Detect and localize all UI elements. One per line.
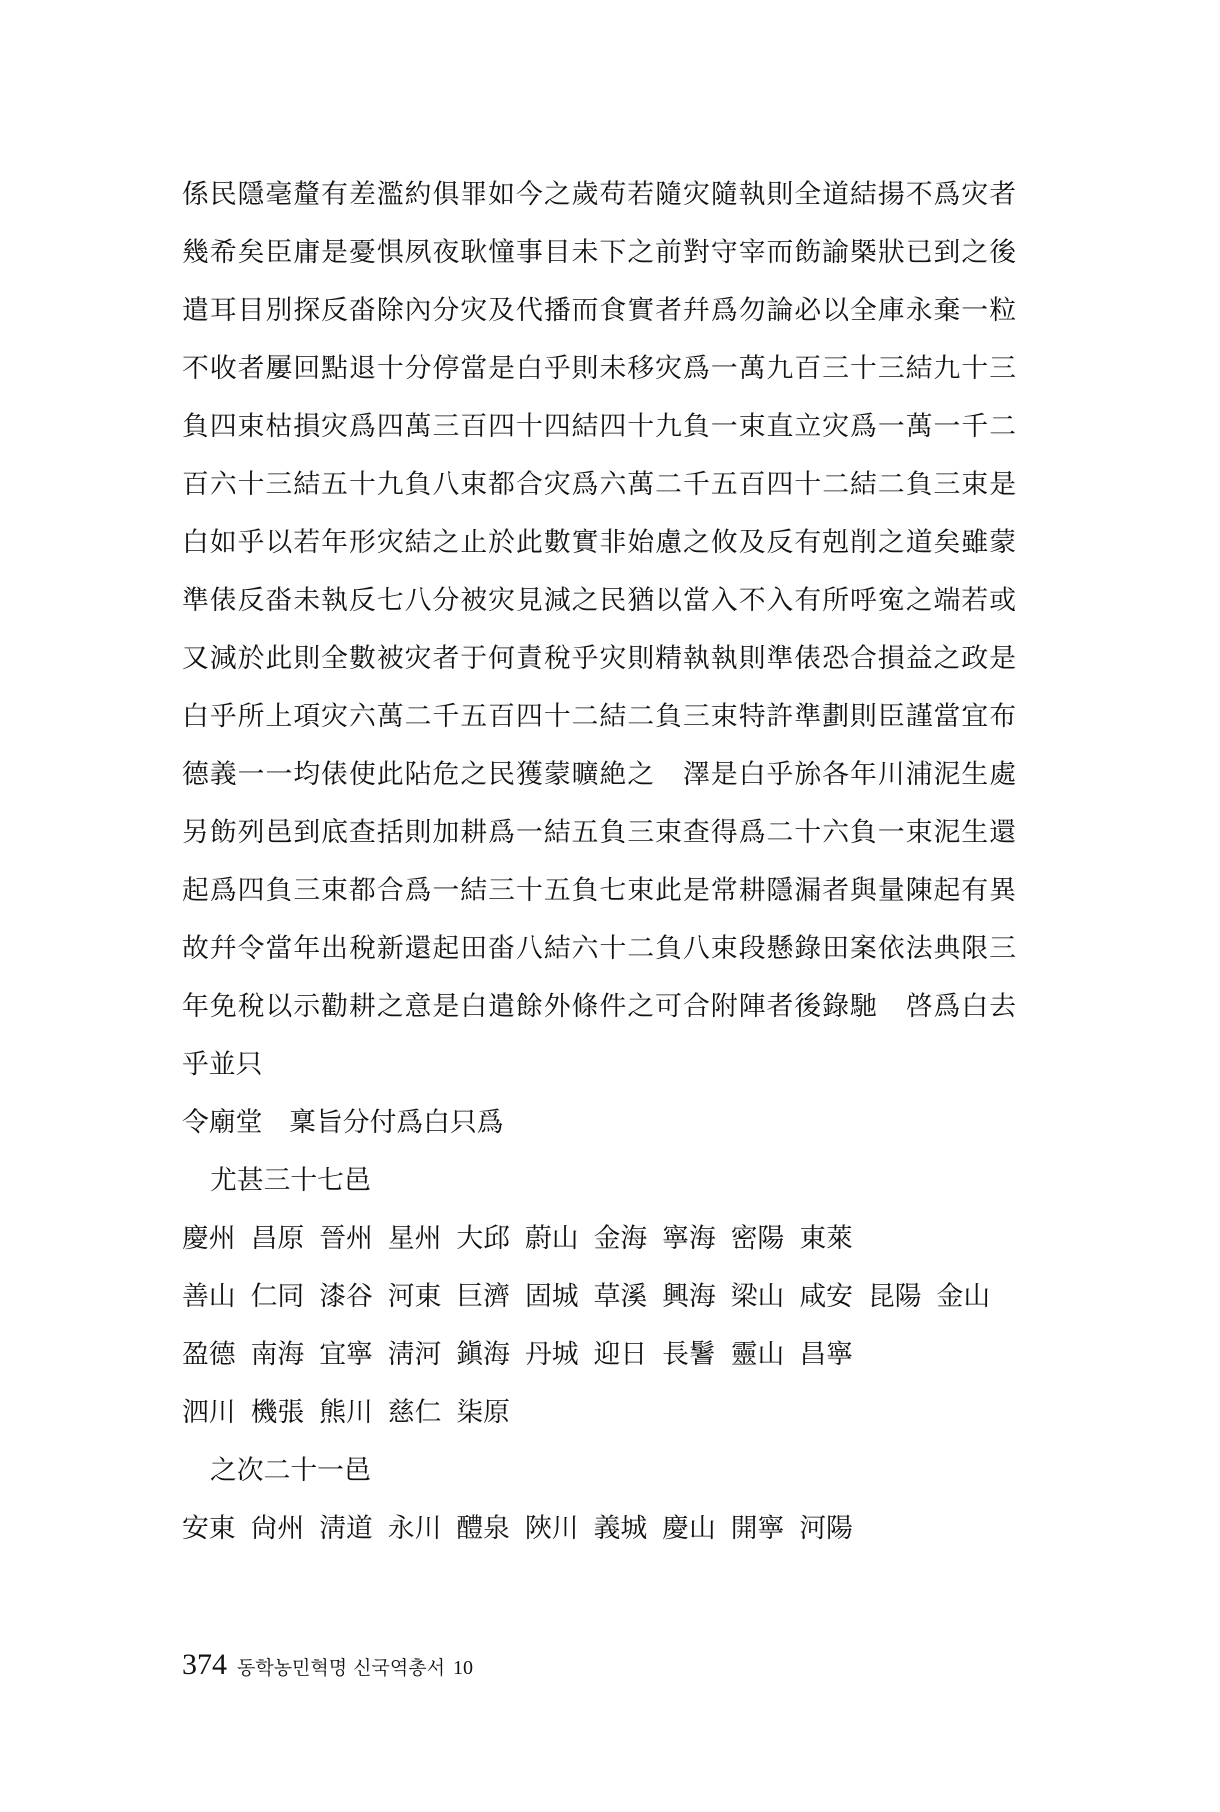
place-name: 柒原 bbox=[456, 1384, 510, 1442]
place-name: 河陽 bbox=[799, 1500, 853, 1558]
paragraph-line: 係民隱毫釐有差濫約俱罪如今之歲苟若隨灾隨執則全道結揚不爲灾者 bbox=[182, 166, 1016, 224]
place-name: 東萊 bbox=[799, 1210, 853, 1268]
place-row: 泗川 機張 熊川 慈仁 柒原 bbox=[182, 1384, 1022, 1442]
section-heading-most-severe: 尤甚三十七邑 bbox=[182, 1152, 1022, 1210]
paragraph-line: 白如乎以若年形灾結之止於此數實非始慮之攸及反有剋削之道矣雖蒙 bbox=[182, 514, 1016, 572]
place-name: 南海 bbox=[251, 1326, 305, 1384]
volume-number: 10 bbox=[453, 1657, 473, 1680]
place-row: 慶州 昌原 晉州 星州 大邱 蔚山 金海 寧海 密陽 東萊 bbox=[182, 1210, 1022, 1268]
paragraph-line: 德義一一均俵使此阽危之民獲蒙曠絶之 澤是白乎旀各年川浦泥生處 bbox=[182, 746, 1016, 804]
place-name: 金海 bbox=[594, 1210, 648, 1268]
place-name: 熊川 bbox=[319, 1384, 373, 1442]
section-heading-next-severe: 之次二十一邑 bbox=[182, 1442, 1022, 1500]
paragraph-line: 準俵反畓未執反七八分被灾見減之民猶以當入不入有所呼寃之端若或 bbox=[182, 572, 1016, 630]
place-name: 晉州 bbox=[319, 1210, 373, 1268]
place-name: 宜寧 bbox=[319, 1326, 373, 1384]
place-name: 密陽 bbox=[731, 1210, 785, 1268]
place-name: 長鬐 bbox=[662, 1326, 716, 1384]
place-name: 固城 bbox=[525, 1268, 579, 1326]
place-name: 草溪 bbox=[594, 1268, 648, 1326]
place-name: 鎭海 bbox=[456, 1326, 510, 1384]
place-name: 寧海 bbox=[662, 1210, 716, 1268]
place-name: 梁山 bbox=[731, 1268, 785, 1326]
place-name: 丹城 bbox=[525, 1326, 579, 1384]
paragraph-line: 又減於此則全數被灾者于何責稅乎灾則精執執則準俵恐合損益之政是 bbox=[182, 630, 1016, 688]
place-name: 蔚山 bbox=[525, 1210, 579, 1268]
place-name: 慈仁 bbox=[388, 1384, 442, 1442]
place-name: 迎日 bbox=[594, 1326, 648, 1384]
place-name: 昌原 bbox=[251, 1210, 305, 1268]
place-row: 安東 尙州 淸道 永川 醴泉 陜川 義城 慶山 開寧 河陽 bbox=[182, 1500, 1022, 1558]
place-name: 善山 bbox=[182, 1268, 236, 1326]
place-name: 咸安 bbox=[799, 1268, 853, 1326]
place-name: 義城 bbox=[594, 1500, 648, 1558]
paragraph-line: 故幷令當年出稅新還起田畓八結六十二負八束段懸錄田案依法典限三 bbox=[182, 920, 1016, 978]
place-name: 大邱 bbox=[456, 1210, 510, 1268]
place-name: 慶州 bbox=[182, 1210, 236, 1268]
place-name: 尙州 bbox=[251, 1500, 305, 1558]
paragraph-line: 遣耳目別探反畓除內分灾及代播而食實者幷爲勿論必以全庫永棄一粒 bbox=[182, 282, 1016, 340]
place-name: 昌寧 bbox=[799, 1326, 853, 1384]
place-name: 靈山 bbox=[731, 1326, 785, 1384]
place-name: 興海 bbox=[662, 1268, 716, 1326]
place-name: 仁同 bbox=[251, 1268, 305, 1326]
place-name: 開寧 bbox=[731, 1500, 785, 1558]
place-name: 漆谷 bbox=[319, 1268, 373, 1326]
place-name: 淸道 bbox=[319, 1500, 373, 1558]
paragraph-line: 負四束枯損灾爲四萬三百四十四結四十九負一束直立灾爲一萬一千二 bbox=[182, 398, 1016, 456]
place-name: 河東 bbox=[388, 1268, 442, 1326]
paragraph-line-last: 乎並只 bbox=[182, 1036, 1022, 1094]
page-number: 374 bbox=[182, 1648, 227, 1682]
paragraph-line: 白乎所上項灾六萬二千五百四十二結二負三束特許準劃則臣謹當宜布 bbox=[182, 688, 1016, 746]
place-name: 淸河 bbox=[388, 1326, 442, 1384]
document-page: 係民隱毫釐有差濫約俱罪如今之歲苟若隨灾隨執則全道結揚不爲灾者 幾希矣臣庸是憂惧夙… bbox=[0, 0, 1220, 1812]
place-name: 陜川 bbox=[525, 1500, 579, 1558]
place-name: 醴泉 bbox=[456, 1500, 510, 1558]
place-name: 星州 bbox=[388, 1210, 442, 1268]
place-name: 泗川 bbox=[182, 1384, 236, 1442]
place-name: 巨濟 bbox=[456, 1268, 510, 1326]
book-title: 동학농민혁명 신국역총서 bbox=[237, 1653, 445, 1680]
place-name: 永川 bbox=[388, 1500, 442, 1558]
place-name: 金山 bbox=[937, 1268, 991, 1326]
order-line: 令廟堂 稟旨分付爲白只爲 bbox=[182, 1094, 1022, 1152]
page-footer: 374 동학농민혁명 신국역총서 10 bbox=[182, 1648, 473, 1688]
place-row: 善山 仁同 漆谷 河東 巨濟 固城 草溪 興海 梁山 咸安 昆陽 金山 bbox=[182, 1268, 1022, 1326]
paragraph-line: 起爲四負三束都合爲一結三十五負七束此是常耕隱漏者與量陳起有異 bbox=[182, 862, 1016, 920]
place-name: 安東 bbox=[182, 1500, 236, 1558]
paragraph-line: 幾希矣臣庸是憂惧夙夜耿憧事目未下之前對守宰而飭諭槩狀已到之後 bbox=[182, 224, 1016, 282]
place-name: 盈德 bbox=[182, 1326, 236, 1384]
paragraph-line: 不收者屢回點退十分停當是白乎則未移灾爲一萬九百三十三結九十三 bbox=[182, 340, 1016, 398]
paragraph-line: 另飭列邑到底查括則加耕爲一結五負三束查得爲二十六負一束泥生還 bbox=[182, 804, 1016, 862]
paragraph-line: 百六十三結五十九負八束都合灾爲六萬二千五百四十二結二負三束是 bbox=[182, 456, 1016, 514]
place-name: 昆陽 bbox=[868, 1268, 922, 1326]
document-body: 係民隱毫釐有差濫約俱罪如今之歲苟若隨灾隨執則全道結揚不爲灾者 幾希矣臣庸是憂惧夙… bbox=[182, 166, 1022, 1558]
place-name: 慶山 bbox=[662, 1500, 716, 1558]
place-name: 機張 bbox=[251, 1384, 305, 1442]
place-row: 盈德 南海 宜寧 淸河 鎭海 丹城 迎日 長鬐 靈山 昌寧 bbox=[182, 1326, 1022, 1384]
paragraph-line: 年免稅以示勸耕之意是白遣餘外條件之可合附陣者後錄馳 啓爲白去 bbox=[182, 978, 1016, 1036]
